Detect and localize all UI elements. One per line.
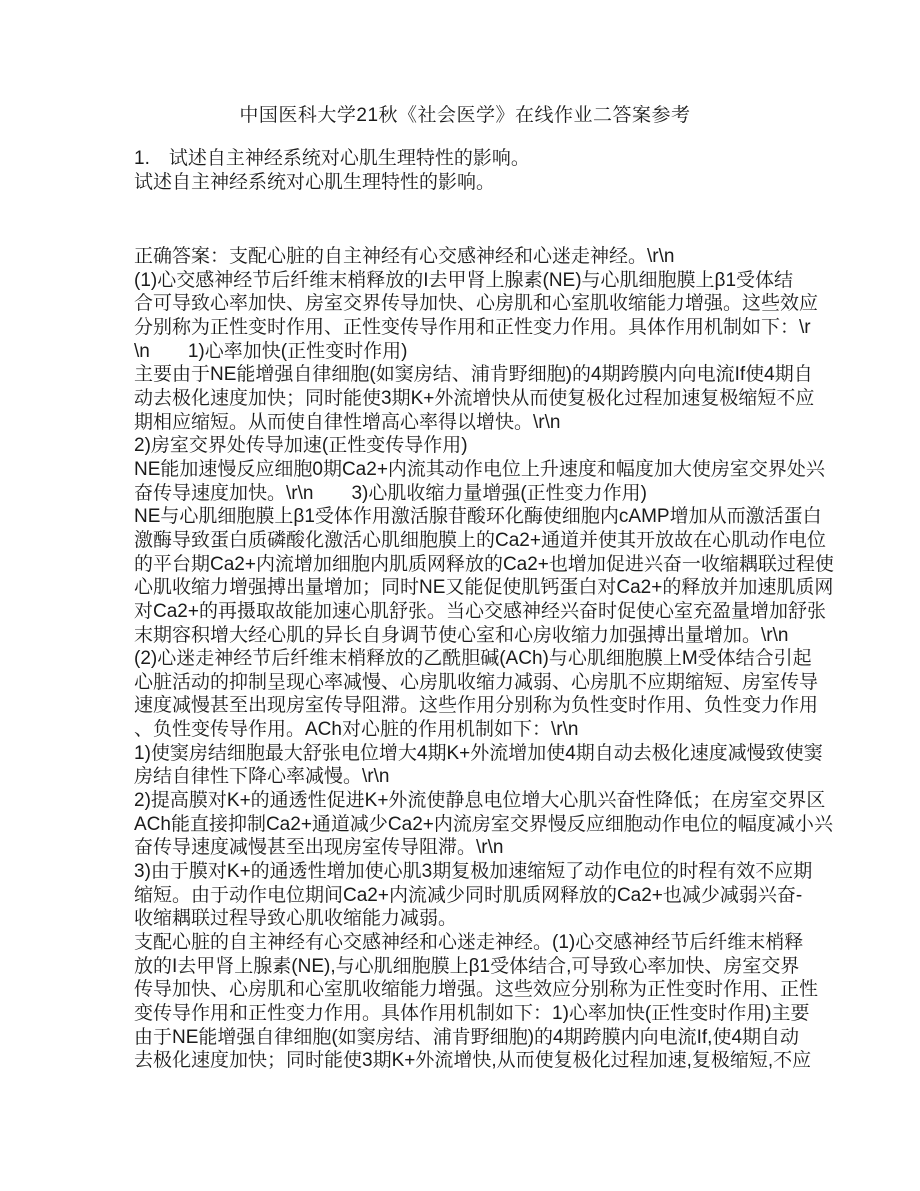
answer-body: 正确答案：支配心脏的自主神经有心交感神经和心迷走神经。\r\n(1)心交感神经节…	[134, 245, 834, 1073]
answer-line: 传导加快、心房肌和心室肌收缩能力增强。这些效应分别称为正性变时作用、正性	[134, 978, 834, 1002]
answer-line: 2)提高膜对K+的通透性促进K+外流使静息电位增大心肌兴奋性降低；在房室交界区	[134, 789, 834, 813]
answer-line: 2)房室交界处传导加速(正性变传导作用)	[134, 434, 834, 458]
answer-line: 去极化速度加快；同时能使3期K+外流增快,从而使复极化过程加速,复极缩短,不应	[134, 1049, 834, 1073]
answer-line: (1)心交感神经节后纤维末梢释放的I去甲肾上腺素(NE)与心肌细胞膜上β1受体结	[134, 269, 834, 293]
answer-line: 分别称为正性变时作用、正性变传导作用和正性变力作用。具体作用机制如下：\r	[134, 316, 834, 340]
answer-line: 速度减慢甚至出现房室传导阻滞。这些作用分别称为负性变时作用、负性变力作用	[134, 694, 834, 718]
answer-line: 对Ca2+的再摄取故能加速心肌舒张。当心交感神经兴奋时促使心室充盈量增加舒张	[134, 600, 834, 624]
question-restated-line: 试述自主神经系统对心肌生理特性的影响。	[134, 171, 834, 195]
answer-line: 1)使窦房结细胞最大舒张电位增大4期K+外流增加使4期自动去极化速度减慢致使窦	[134, 742, 834, 766]
answer-line: 放的I去甲肾上腺素(NE),与心肌细胞膜上β1受体结合,可导致心率加快、房室交界	[134, 955, 834, 979]
answer-line: 正确答案：支配心脏的自主神经有心交感神经和心迷走神经。\r\n	[134, 245, 834, 269]
answer-line: 3)由于膜对K+的通透性增加使心肌3期复极加速缩短了动作电位的时程有效不应期	[134, 860, 834, 884]
answer-line: ACh能直接抑制Ca2+通道减少Ca2+内流房室交界慢反应细胞动作电位的幅度减小…	[134, 813, 834, 837]
answer-line: 的平台期Ca2+内流增加细胞内肌质网释放的Ca2+也增加促进兴奋一收缩耦联过程使	[134, 553, 834, 577]
answer-line: 支配心脏的自主神经有心交感神经和心迷走神经。(1)心交感神经节后纤维末梢释	[134, 931, 834, 955]
answer-line: 心肌收缩力增强搏出量增加；同时NE又能促使肌钙蛋白对Ca2+的释放并加速肌质网	[134, 576, 834, 600]
question-block: 1. 试述自主神经系统对心肌生理特性的影响。 试述自主神经系统对心肌生理特性的影…	[134, 147, 834, 194]
answer-line: 、负性变传导作用。ACh对心脏的作用机制如下：\r\n	[134, 718, 834, 742]
answer-line: NE能加速慢反应细胞0期Ca2+内流其动作电位上升速度和幅度加大使房室交界处兴	[134, 458, 834, 482]
document-page: 中国医科大学21秋《社会医学》在线作业二答案参考 1. 试述自主神经系统对心肌生…	[0, 0, 920, 1191]
answer-line: (2)心迷走神经节后纤维末梢释放的乙酰胆碱(ACh)与心肌细胞膜上M受体结合引起	[134, 647, 834, 671]
answer-line: 缩短。由于动作电位期间Ca2+内流减少同时肌质网释放的Ca2+也减少减弱兴奋-	[134, 884, 834, 908]
answer-line: 收缩耦联过程导致心肌收缩能力减弱。	[134, 907, 834, 931]
answer-line: 心脏活动的抑制呈现心率减慢、心房肌收缩力减弱、心房肌不应期缩短、房室传导	[134, 671, 834, 695]
answer-line: 奋传导速度减慢甚至出现房室传导阻滞。\r\n	[134, 836, 834, 860]
answer-line: 奋传导速度加快。\r\n 3)心肌收缩力量增强(正性变力作用)	[134, 482, 834, 506]
answer-line: 由于NE能增强自律细胞(如窦房结、浦肯野细胞)的4期跨膜内向电流If,使4期自动	[134, 1026, 834, 1050]
answer-line: 末期容积增大经心肌的异长自身调节使心室和心房收缩力加强搏出量增加。\r\n	[134, 624, 834, 648]
answer-line: \n 1)心率加快(正性变时作用)	[134, 340, 834, 364]
answer-line: 动去极化速度加快；同时能使3期K+外流增快从而使复极化过程加速复极缩短不应	[134, 387, 834, 411]
answer-line: 房结自律性下降心率减慢。\r\n	[134, 765, 834, 789]
page-title: 中国医科大学21秋《社会医学》在线作业二答案参考	[134, 103, 796, 128]
answer-line: 激酶导致蛋白质磷酸化激活心肌细胞膜上的Ca2+通道并使其开放故在心肌动作电位	[134, 529, 834, 553]
answer-line: 变传导作用和正性变力作用。具体作用机制如下：1)心率加快(正性变时作用)主要	[134, 1002, 834, 1026]
answer-line: 合可导致心率加快、房室交界传导加快、心房肌和心室肌收缩能力增强。这些效应	[134, 292, 834, 316]
answer-line: 期相应缩短。从而使自律性增高心率得以增快。\r\n	[134, 411, 834, 435]
answer-line: NE与心肌细胞膜上β1受体作用激活腺苷酸环化酶使细胞内cAMP增加从而激活蛋白	[134, 505, 834, 529]
answer-line: 主要由于NE能增强自律细胞(如窦房结、浦肯野细胞)的4期跨膜内向电流If使4期自	[134, 363, 834, 387]
question-numbered-line: 1. 试述自主神经系统对心肌生理特性的影响。	[134, 147, 834, 171]
